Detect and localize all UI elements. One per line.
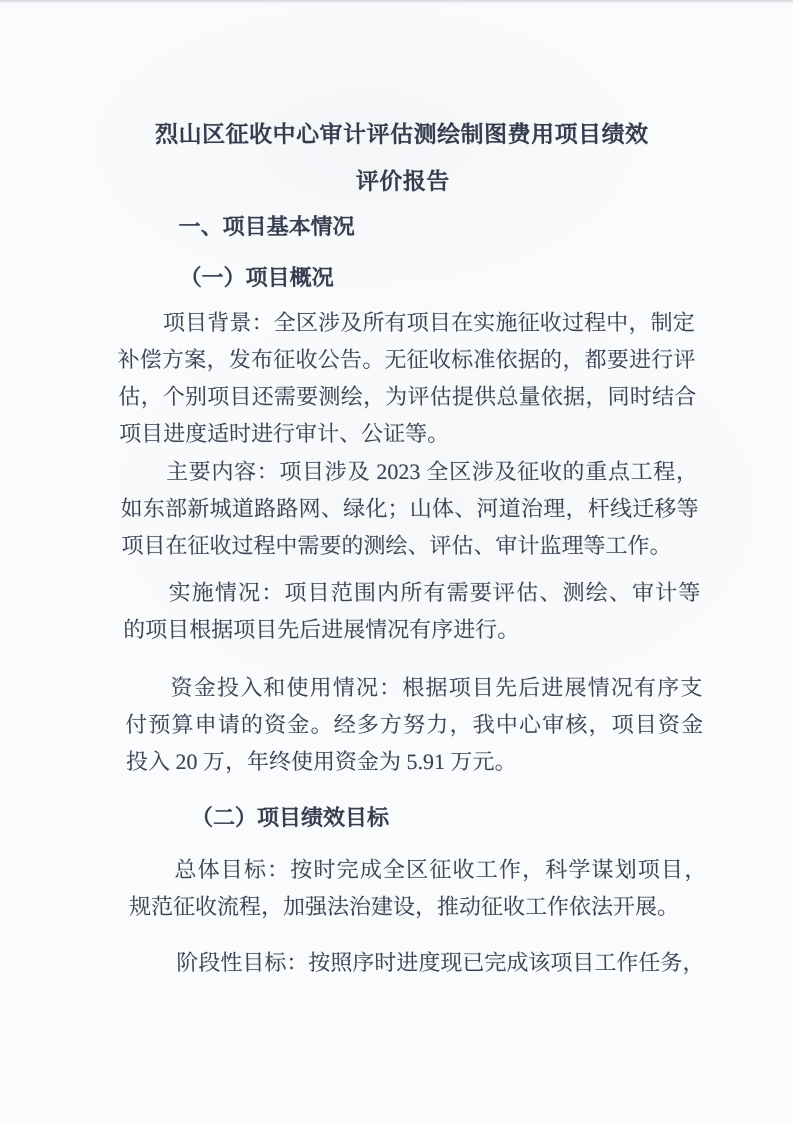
paragraph-main-content: 主要内容：项目涉及 2023 全区涉及征收的重点工程， 如东部新城道路路网、绿化… [119,453,699,564]
section-1-heading: 一、项目基本情况 [114,208,693,245]
paragraph-project-background: 项目背景：全区涉及所有项目在实施征收过程中，制定 补偿方案，发布征收公告。无征收… [116,304,697,452]
text-line: 项目在征收过程中需要的测绘、评估、审计监理等工作。 [121,527,700,564]
text-line: 项目进度适时进行审计、公证等。 [119,415,698,452]
text-line: 如东部新城道路路网、绿化；山体、河道治理，杆线迁移等 [120,490,699,527]
text-line: 付预算申请的资金。经多方努力，我中心审核，项目资金 [125,706,704,743]
text-line: 实施情况：项目范围内所有需要评估、测绘、审计等 [122,574,701,611]
text-line: 规范征收流程，加强法治建设，推动征收工作依法开展。 [129,888,708,925]
text-line: 项目背景：全区涉及所有项目在实施征收过程中，制定 [116,304,695,341]
text-line: 估，个别项目还需要测绘，为评估提供总量依据，同时结合 [118,378,697,415]
text-line: 总体目标：按时完成全区征收工作，科学谋划项目， [128,851,707,888]
paragraph-funding-usage: 资金投入和使用情况：根据项目先后进展情况有序支 付预算申请的资金。经多方努力，我… [124,669,704,780]
paragraph-implementation-status: 实施情况：项目范围内所有需要评估、测绘、审计等 的项目根据项目先后进展情况有序进… [122,574,702,648]
paragraph-overall-goal: 总体目标：按时完成全区征收工作，科学谋划项目， 规范征收流程，加强法治建设，推动… [128,851,708,925]
title-line-2: 评价报告 [113,158,692,205]
text-line: 阶段性目标：按照序时进度现已完成该项目工作任务， [130,944,709,981]
scanned-document-page: 烈山区征收中心审计评估测绘制图费用项目绩效 评价报告 一、项目基本情况 （一）项… [0,0,793,1122]
paragraph-stage-goal: 阶段性目标：按照序时进度现已完成该项目工作任务， [130,944,709,981]
subsection-2-heading: （二）项目绩效目标 [127,799,706,836]
text-line: 资金投入和使用情况：根据项目先后进展情况有序支 [124,669,703,706]
text-line: 补偿方案，发布征收公告。无征收标准依据的，都要进行评 [117,341,696,378]
text-line: 的项目根据项目先后进展情况有序进行。 [123,611,702,648]
document-content: 烈山区征收中心审计评估测绘制图费用项目绩效 评价报告 一、项目基本情况 （一）项… [110,0,709,981]
document-title: 烈山区征收中心审计评估测绘制图费用项目绩效 评价报告 [112,111,692,205]
text-line: 主要内容：项目涉及 2023 全区涉及征收的重点工程， [119,453,698,490]
text-line: 投入 20 万，年终使用资金为 5.91 万元。 [126,743,705,780]
subsection-1-heading: （一）项目概况 [115,259,694,296]
title-line-1: 烈山区征收中心审计评估测绘制图费用项目绩效 [112,111,691,158]
